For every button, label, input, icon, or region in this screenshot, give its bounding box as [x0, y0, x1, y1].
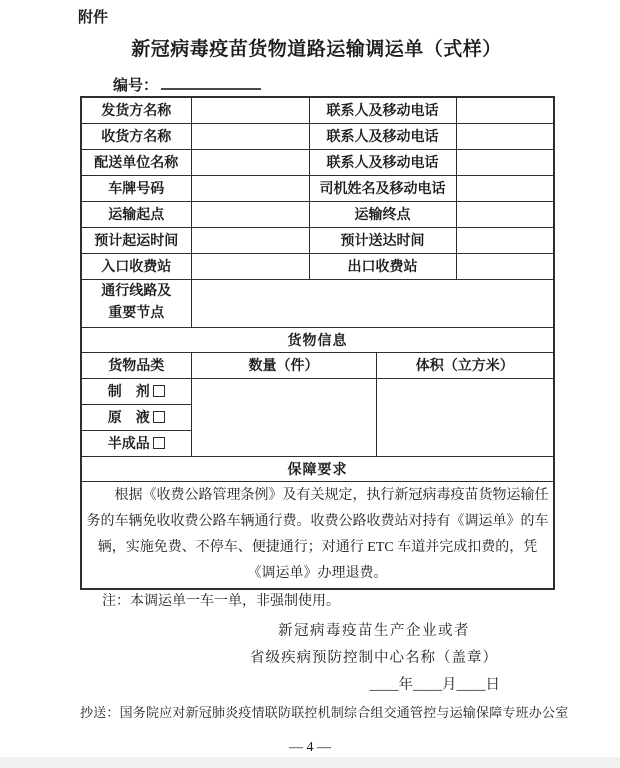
contact-field-3[interactable]	[456, 149, 554, 175]
serial-number-row: 编号：	[113, 74, 261, 95]
field-label-contact-3: 联系人及移动电话	[309, 149, 456, 175]
table-row: 根据《收费公路管理条例》及有关规定，执行新冠病毒疫苗货物运输任务的车辆免收收费公…	[81, 481, 554, 589]
field-label-shipper: 发货方名称	[81, 97, 191, 123]
volume-field[interactable]	[376, 378, 554, 456]
distributor-field[interactable]	[191, 149, 309, 175]
route-label-line1: 通行线路及	[84, 281, 189, 303]
signer-line-2: 省级疾病预防控制中心名称（盖章）	[250, 646, 498, 667]
cargo-category-preparation: 制 剂	[81, 378, 191, 404]
field-label-origin: 运输起点	[81, 201, 191, 227]
table-row: 车牌号码 司机姓名及移动电话	[81, 175, 554, 201]
field-label-distributor: 配送单位名称	[81, 149, 191, 175]
signer-line-1: 新冠病毒疫苗生产企业或者	[278, 619, 470, 640]
exit-toll-field[interactable]	[456, 253, 554, 279]
usage-note: 注：本调运单一车一单，非强制使用。	[102, 590, 340, 610]
route-label-line2: 重要节点	[84, 303, 189, 325]
page-title: 新冠病毒疫苗货物道路运输调运单（式样）	[80, 34, 553, 61]
cargo-category-label: 原 液	[108, 411, 150, 426]
field-label-route: 通行线路及 重要节点	[81, 279, 191, 327]
table-row: 通行线路及 重要节点	[81, 279, 554, 327]
table-row: 制 剂	[81, 378, 554, 404]
field-label-departure-time: 预计起运时间	[81, 227, 191, 253]
table-row: 货物信息	[81, 327, 554, 352]
destination-field[interactable]	[456, 201, 554, 227]
field-label-contact-1: 联系人及移动电话	[309, 97, 456, 123]
plate-number-field[interactable]	[191, 175, 309, 201]
table-row: 运输起点 运输终点	[81, 201, 554, 227]
table-row: 发货方名称 联系人及移动电话	[81, 97, 554, 123]
column-header-category: 货物品类	[81, 352, 191, 378]
dispatch-form-table: 发货方名称 联系人及移动电话 收货方名称 联系人及移动电话 配送单位名称 联系人…	[80, 96, 555, 590]
checkbox-icon[interactable]	[153, 385, 165, 397]
cargo-category-label: 制 剂	[108, 385, 150, 400]
field-label-contact-2: 联系人及移动电话	[309, 123, 456, 149]
consignee-field[interactable]	[191, 123, 309, 149]
field-label-entry-toll: 入口收费站	[81, 253, 191, 279]
cargo-category-label: 半成品	[108, 437, 150, 452]
departure-time-field[interactable]	[191, 227, 309, 253]
serial-number-label: 编号：	[113, 78, 158, 94]
attachment-label: 附件	[78, 6, 108, 27]
date-blank-line: ____年____月____日	[370, 673, 501, 694]
contact-field-1[interactable]	[456, 97, 554, 123]
arrival-time-field[interactable]	[456, 227, 554, 253]
checkbox-icon[interactable]	[153, 411, 165, 423]
entry-toll-field[interactable]	[191, 253, 309, 279]
quantity-field[interactable]	[191, 378, 376, 456]
field-label-plate-number: 车牌号码	[81, 175, 191, 201]
route-field[interactable]	[191, 279, 554, 327]
shipper-field[interactable]	[191, 97, 309, 123]
contact-field-2[interactable]	[456, 123, 554, 149]
cc-distribution-line: 抄送：国务院应对新冠肺炎疫情联防联控机制综合组交通管控与运输保障专班办公室	[80, 702, 572, 721]
table-row: 保障要求	[81, 456, 554, 481]
field-label-consignee: 收货方名称	[81, 123, 191, 149]
table-row: 配送单位名称 联系人及移动电话	[81, 149, 554, 175]
page-number: — 4 —	[0, 740, 620, 756]
scan-edge-band	[0, 757, 620, 768]
origin-field[interactable]	[191, 201, 309, 227]
serial-number-field[interactable]	[161, 76, 261, 90]
field-label-driver: 司机姓名及移动电话	[309, 175, 456, 201]
document-page: 附件 新冠病毒疫苗货物道路运输调运单（式样） 编号： 发货方名称 联系人及移动电…	[0, 0, 620, 768]
cargo-section-header: 货物信息	[81, 327, 554, 352]
checkbox-icon[interactable]	[153, 437, 165, 449]
driver-field[interactable]	[456, 175, 554, 201]
table-row: 预计起运时间 预计送达时间	[81, 227, 554, 253]
cargo-category-stock-solution: 原 液	[81, 404, 191, 430]
field-label-arrival-time: 预计送达时间	[309, 227, 456, 253]
guarantee-section-header: 保障要求	[81, 456, 554, 481]
cargo-category-semi-finished: 半成品	[81, 430, 191, 456]
column-header-quantity: 数量（件）	[191, 352, 376, 378]
guarantee-body-cell: 根据《收费公路管理条例》及有关规定，执行新冠病毒疫苗货物运输任务的车辆免收收费公…	[81, 481, 554, 589]
field-label-destination: 运输终点	[309, 201, 456, 227]
table-row: 收货方名称 联系人及移动电话	[81, 123, 554, 149]
table-row: 入口收费站 出口收费站	[81, 253, 554, 279]
field-label-exit-toll: 出口收费站	[309, 253, 456, 279]
column-header-volume: 体积（立方米）	[376, 352, 554, 378]
guarantee-body-text: 根据《收费公路管理条例》及有关规定，执行新冠病毒疫苗货物运输任务的车辆免收收费公…	[84, 483, 551, 587]
table-row: 货物品类 数量（件） 体积（立方米）	[81, 352, 554, 378]
